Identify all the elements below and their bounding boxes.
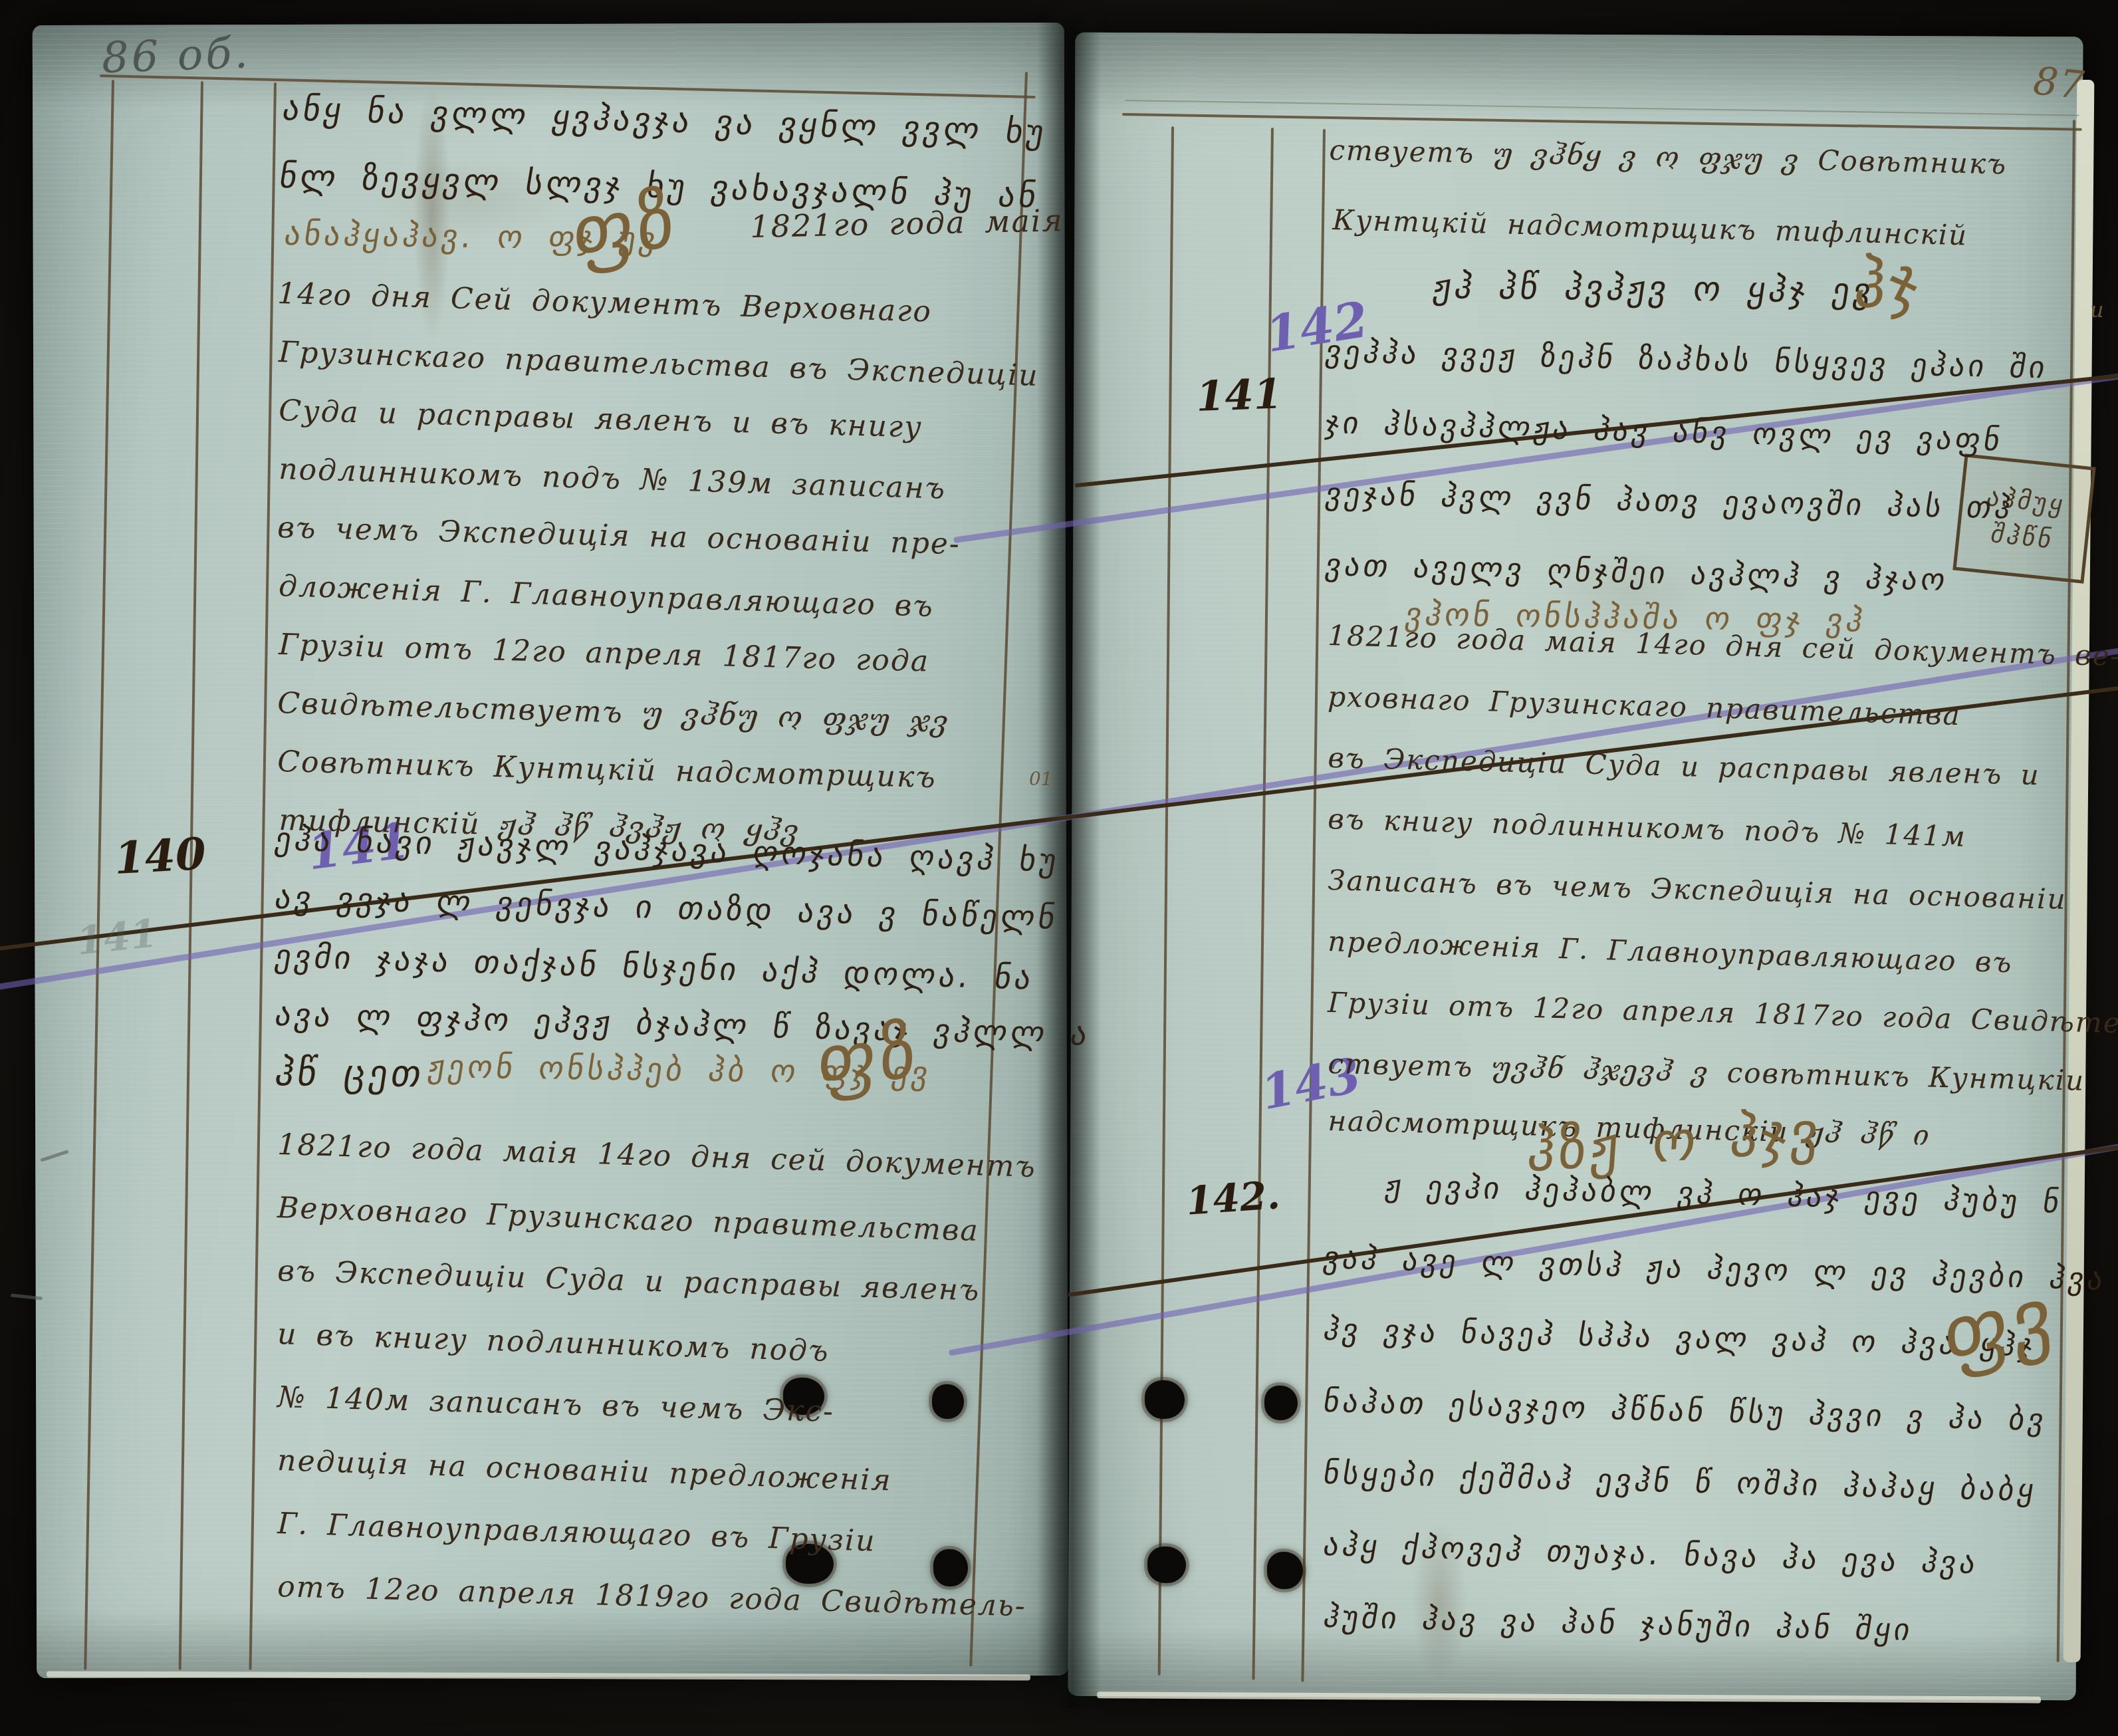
book-scan: 86 об. 87 140 141 141 141 142 142. 143 0…: [0, 0, 2118, 1736]
punch-hole: [932, 1384, 964, 1419]
margin-ghost-number: 141: [74, 910, 160, 963]
manuscript-line: 1821го года маія: [750, 205, 1064, 242]
edge-mark: 01: [1029, 770, 1053, 789]
punch-hole: [1264, 1386, 1298, 1420]
manuscript-line: ჟჰ ჰწ ჰვჰჟვ ო ყჰჯ ევ: [1431, 269, 1877, 309]
page-number-right: 87: [2032, 61, 2087, 105]
manuscript-line: ფვ: [1941, 1275, 2058, 1378]
punch-hole: [1145, 1380, 1185, 1419]
page-number-left: 86 об.: [101, 32, 251, 80]
punch-hole: [1147, 1547, 1186, 1583]
edge-mark: и: [2090, 299, 2104, 320]
manuscript-line: ჰჯ: [1853, 247, 1923, 318]
manuscript-line: ჰწ ცეთ: [273, 1054, 427, 1093]
manuscript-line: ფზ: [816, 1016, 920, 1099]
punch-hole: [933, 1549, 968, 1586]
manuscript-line: ფზ: [573, 182, 677, 272]
punch-hole: [1267, 1552, 1303, 1589]
